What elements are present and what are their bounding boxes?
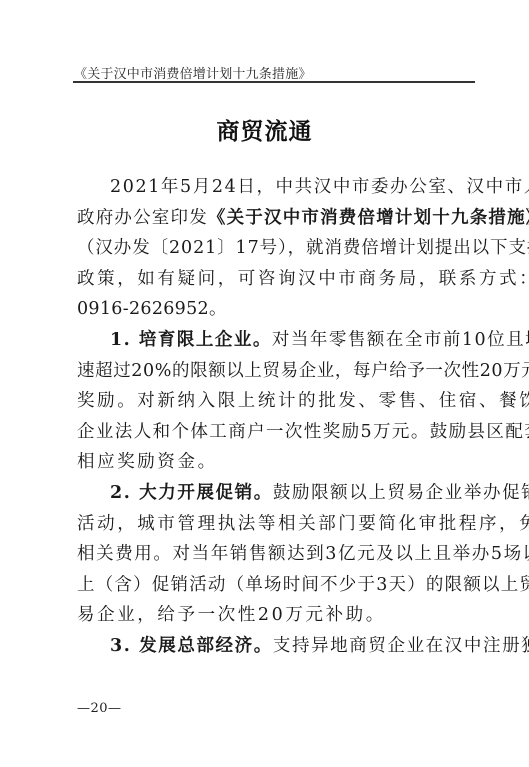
page-number: —20— [77, 701, 122, 716]
intro-line-4: 政策，如有疑问，可咨询汉中市商务局，联系方式： [77, 264, 469, 295]
body-text: 2021年5月24日，中共汉中市委办公室、汉中市人民 政府办公室印发《关于汉中市… [77, 172, 469, 662]
item-1-line-4: 企业法人和个体工商户一次性奖励5万元。鼓励县区配套 [77, 417, 469, 448]
item-2-line-2: 活动，城市管理执法等相关部门要简化审批程序，免除 [77, 509, 469, 540]
item-2-line-1: 2. 大力开展促销。鼓励限额以上贸易企业举办促销 [77, 478, 469, 509]
intro-line-3: （汉办发〔2021〕17号），就消费倍增计划提出以下支持 [77, 233, 469, 264]
item-1-line-2: 速超过20%的限额以上贸易企业，每户给予一次性20万元 [77, 356, 469, 387]
item-2-text: 鼓励限额以上贸易企业举办促销 [273, 483, 529, 503]
referenced-document-title: 《关于汉中市消费倍增计划十九条措施》 [208, 208, 529, 228]
section-title: 商贸流通 [0, 113, 529, 146]
item-1-line-5: 相应奖励资金。 [77, 447, 469, 478]
intro-line-2-text: 政府办公室印发 [77, 208, 208, 228]
header-divider [73, 81, 475, 83]
item-1-heading: 1. 培育限上企业。 [110, 330, 272, 350]
item-2-line-3: 相关费用。对当年销售额达到3亿元及以上且举办5场以 [77, 539, 469, 570]
intro-line-1: 2021年5月24日，中共汉中市委办公室、汉中市人民 [77, 172, 469, 203]
item-1-text: 对当年零售额在全市前10位且增 [272, 330, 529, 350]
item-2-heading: 2. 大力开展促销。 [110, 483, 273, 503]
intro-line-2: 政府办公室印发《关于汉中市消费倍增计划十九条措施》 [77, 203, 469, 234]
running-header: 《关于汉中市消费倍增计划十九条措施》 [74, 63, 312, 82]
item-1-line-3: 奖励。对新纳入限上统计的批发、零售、住宿、餐饮业 [77, 386, 469, 417]
item-3-text: 支持异地商贸企业在汉中注册独 [273, 636, 529, 656]
item-2-line-4: 上（含）促销活动（单场时间不少于3天）的限额以上贸 [77, 570, 469, 601]
document-page: 《关于汉中市消费倍增计划十九条措施》 商贸流通 2021年5月24日，中共汉中市… [0, 0, 529, 767]
intro-line-5: 0916-2626952。 [77, 294, 469, 325]
item-3-line-1: 3. 发展总部经济。支持异地商贸企业在汉中注册独 [77, 631, 469, 662]
item-2-line-5: 易企业，给予一次性20万元补助。 [77, 600, 469, 631]
item-1-line-1: 1. 培育限上企业。对当年零售额在全市前10位且增 [77, 325, 469, 356]
item-3-heading: 3. 发展总部经济。 [110, 636, 273, 656]
